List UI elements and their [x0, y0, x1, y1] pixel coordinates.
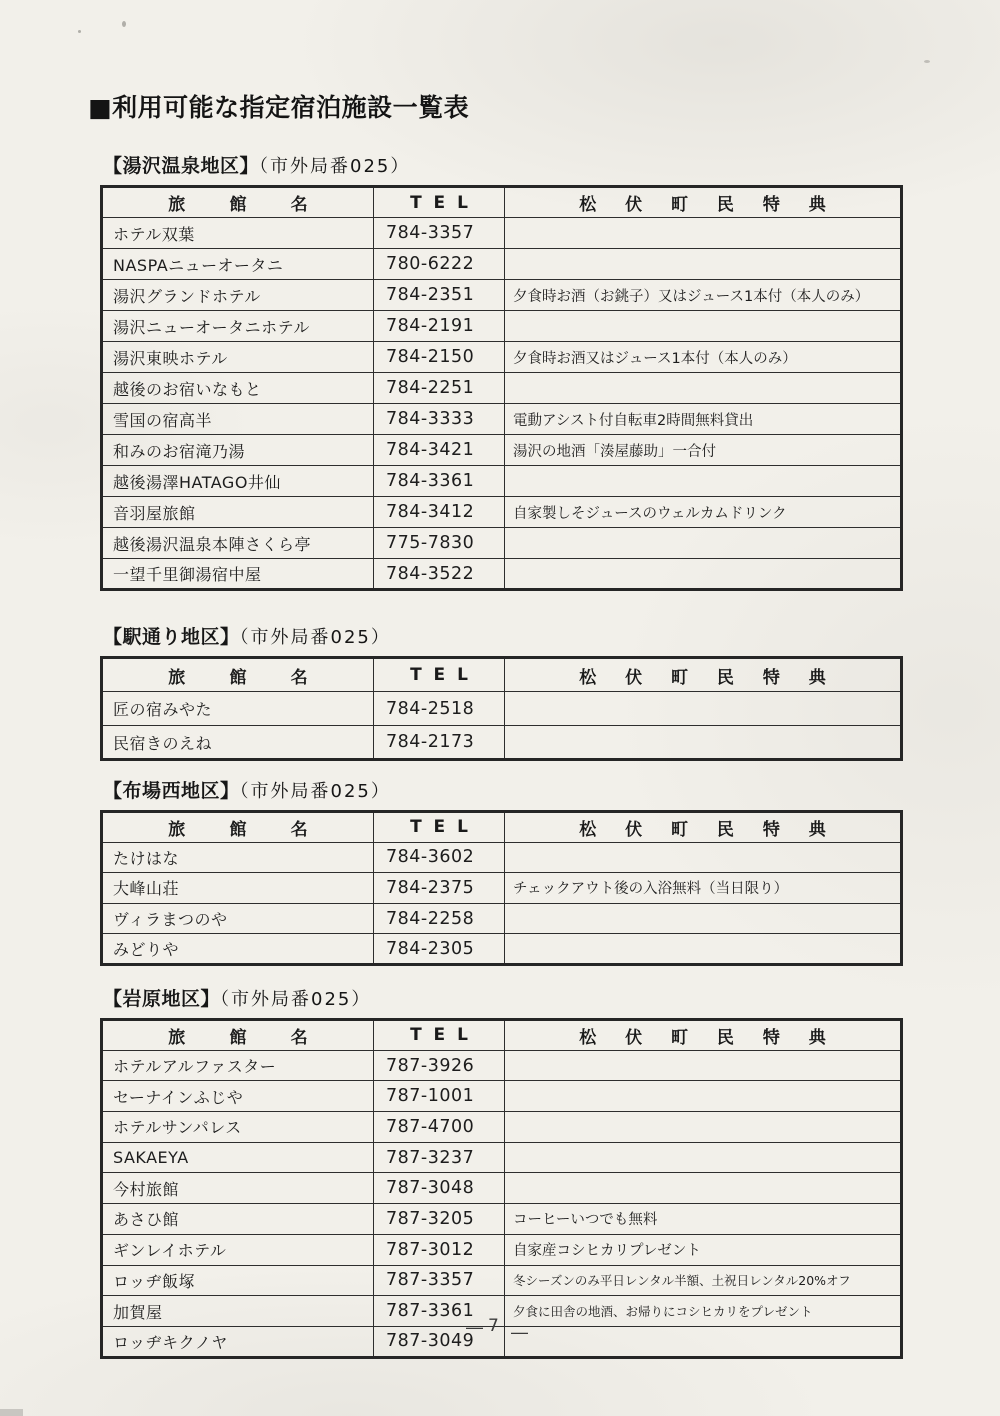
tel-cell: 787-3048	[374, 1173, 505, 1204]
ryokan-name-cell: 一望千里御湯宿中屋	[102, 559, 374, 590]
ryokan-name-cell: 匠の宿みやた	[102, 692, 374, 726]
scan-speck	[924, 60, 930, 63]
col-header-benefit: 松伏町民特典	[505, 1020, 902, 1051]
col-header-ryokan-name: 旅館名	[102, 1020, 374, 1051]
ryokan-name-cell: ロッヂキクノヤ	[102, 1326, 374, 1357]
tel-cell: 784-2258	[374, 903, 505, 934]
lodging-table-nunobanishi: 旅館名 TEL 松伏町民特典 たけはな784-3602 大峰山荘784-2375…	[100, 810, 903, 966]
ryokan-name-cell: 越後湯沢温泉本陣さくら亭	[102, 528, 374, 559]
ryokan-name-cell: 湯沢東映ホテル	[102, 342, 374, 373]
ryokan-name-cell: 加賀屋	[102, 1296, 374, 1327]
table-row: 湯沢ニューオータニホテル784-2191	[102, 311, 902, 342]
tel-cell: 784-2191	[374, 311, 505, 342]
page-number-dash-left: ―	[466, 1320, 483, 1337]
benefit-cell: 冬シーズンのみ平日レンタル半額、土祝日レンタル20%オフ	[505, 1265, 902, 1296]
section-area-code: （市外局番025）	[259, 156, 410, 177]
tel-cell: 784-2173	[374, 726, 505, 760]
col-header-tel-label: TEL	[410, 665, 480, 685]
benefit-cell: 夕食時お酒（お銚子）又はジュース1本付（本人のみ）	[505, 280, 902, 311]
col-header-benefit-label: 松伏町民特典	[579, 195, 854, 215]
table-row: みどりや784-2305	[102, 934, 902, 965]
table-header-row: 旅館名 TEL 松伏町民特典	[102, 658, 902, 692]
scan-edge-shadow	[0, 1409, 23, 1416]
col-header-ryokan-name: 旅館名	[102, 187, 374, 218]
benefit-cell: 夕食時お酒又はジュース1本付（本人のみ）	[505, 342, 902, 373]
tel-cell: 784-2305	[374, 934, 505, 965]
tel-cell: 787-3237	[374, 1142, 505, 1173]
benefit-cell	[505, 1173, 902, 1204]
benefit-cell	[505, 218, 902, 249]
col-header-benefit-label: 松伏町民特典	[579, 820, 854, 840]
table-row: 今村旅館787-3048	[102, 1173, 902, 1204]
benefit-cell	[505, 559, 902, 590]
benefit-cell	[505, 903, 902, 934]
tel-cell: 784-2518	[374, 692, 505, 726]
table-row: ホテルサンパレス787-4700	[102, 1112, 902, 1143]
table-row: 一望千里御湯宿中屋784-3522	[102, 559, 902, 590]
tel-cell: 787-3012	[374, 1234, 505, 1265]
table-header-row: 旅館名 TEL 松伏町民特典	[102, 1020, 902, 1051]
ryokan-name-cell: 越後湯澤HATAGO井仙	[102, 466, 374, 497]
tel-cell: 784-3421	[374, 435, 505, 466]
tel-cell: 784-3412	[374, 497, 505, 528]
section-heading: 【湯沢温泉地区】（市外局番025）	[103, 155, 1000, 178]
benefit-cell	[505, 373, 902, 404]
table-row: 越後湯澤HATAGO井仙784-3361	[102, 466, 902, 497]
table-row: セーナインふじや787-1001	[102, 1081, 902, 1112]
benefit-cell	[505, 692, 902, 726]
ryokan-name-cell: ロッヂ飯塚	[102, 1265, 374, 1296]
tel-cell: 784-3333	[374, 404, 505, 435]
benefit-cell: チェックアウト後の入浴無料（当日限り）	[505, 873, 902, 904]
tel-cell: 780-6222	[374, 249, 505, 280]
table-row: 民宿きのえね784-2173	[102, 726, 902, 760]
col-header-tel-label: TEL	[410, 1025, 480, 1045]
table-row: 湯沢グランドホテル784-2351夕食時お酒（お銚子）又はジュース1本付（本人の…	[102, 280, 902, 311]
tel-cell: 784-3522	[374, 559, 505, 590]
tel-cell: 787-4700	[374, 1112, 505, 1143]
section-name: 【布場西地区】	[103, 780, 240, 802]
tel-cell: 784-2150	[374, 342, 505, 373]
page-number-dash-right: ―	[511, 1325, 528, 1342]
benefit-cell: 夕食に田舎の地酒、お帰りにコシヒカリをプレゼント	[505, 1296, 902, 1327]
table-row: 加賀屋787-3361夕食に田舎の地酒、お帰りにコシヒカリをプレゼント	[102, 1296, 902, 1327]
table-row: ヴィラまつのや784-2258	[102, 903, 902, 934]
table-row: ホテル双葉784-3357	[102, 218, 902, 249]
tel-cell: 787-3357	[374, 1265, 505, 1296]
ryokan-name-cell: ホテルサンパレス	[102, 1112, 374, 1143]
col-header-ryokan-name-label: 旅館名	[168, 668, 352, 688]
ryokan-name-cell: 湯沢ニューオータニホテル	[102, 311, 374, 342]
table-row: 越後湯沢温泉本陣さくら亭775-7830	[102, 528, 902, 559]
section-heading: 【岩原地区】（市外局番025）	[103, 988, 1000, 1011]
scan-speck	[78, 30, 81, 33]
lodging-table-yuzawa-onsen: 旅館名 TEL 松伏町民特典 ホテル双葉784-3357 NASPAニューオータ…	[100, 185, 903, 591]
tel-cell: 787-3361	[374, 1296, 505, 1327]
page-title: ■利用可能な指定宿泊施設一覧表	[88, 88, 469, 124]
table-row: ギンレイホテル787-3012自家産コシヒカリプレゼント	[102, 1234, 902, 1265]
benefit-cell	[505, 528, 902, 559]
lodging-table-ekidori: 旅館名 TEL 松伏町民特典 匠の宿みやた784-2518 民宿きのえね784-…	[100, 656, 903, 761]
table-row: 和みのお宿滝乃湯784-3421湯沢の地酒「湊屋藤助」一合付	[102, 435, 902, 466]
section-area-code: （市外局番025）	[240, 781, 391, 802]
ryokan-name-cell: SAKAEYA	[102, 1142, 374, 1173]
col-header-ryokan-name: 旅館名	[102, 658, 374, 692]
table-row: NASPAニューオータニ780-6222	[102, 249, 902, 280]
tel-cell: 787-3926	[374, 1050, 505, 1081]
col-header-benefit: 松伏町民特典	[505, 812, 902, 843]
benefit-cell	[505, 311, 902, 342]
col-header-ryokan-name-label: 旅館名	[168, 1028, 352, 1048]
col-header-ryokan-name-label: 旅館名	[168, 195, 352, 215]
ryokan-name-cell: 和みのお宿滝乃湯	[102, 435, 374, 466]
table-row: 雪国の宿高半784-3333電動アシスト付自転車2時間無料貸出	[102, 404, 902, 435]
tel-cell: 787-3049	[374, 1326, 505, 1357]
table-header-row: 旅館名 TEL 松伏町民特典	[102, 812, 902, 843]
section-heading: 【布場西地区】（市外局番025）	[103, 780, 1000, 803]
col-header-ryokan-name-label: 旅館名	[168, 820, 352, 840]
section-iwappara: 【岩原地区】（市外局番025） 旅館名 TEL 松伏町民特典 ホテルアルファスタ…	[0, 988, 1000, 1359]
section-area-code: （市外局番025）	[240, 627, 391, 648]
benefit-cell: 自家産コシヒカリプレゼント	[505, 1234, 902, 1265]
section-name: 【湯沢温泉地区】	[103, 155, 259, 177]
tel-cell: 787-1001	[374, 1081, 505, 1112]
page-number: 7	[488, 1318, 499, 1335]
scanned-page: ■利用可能な指定宿泊施設一覧表 【湯沢温泉地区】（市外局番025） 旅館名 TE…	[0, 0, 1000, 1416]
benefit-cell	[505, 1050, 902, 1081]
table-row: 音羽屋旅館784-3412自家製しそジュースのウェルカムドリンク	[102, 497, 902, 528]
benefit-cell	[505, 1112, 902, 1143]
benefit-cell	[505, 934, 902, 965]
table-row: 越後のお宿いなもと784-2251	[102, 373, 902, 404]
ryokan-name-cell: 音羽屋旅館	[102, 497, 374, 528]
table-row: たけはな784-3602	[102, 842, 902, 873]
section-heading: 【駅通り地区】（市外局番025）	[103, 626, 1000, 649]
ryokan-name-cell: 湯沢グランドホテル	[102, 280, 374, 311]
benefit-cell: 電動アシスト付自転車2時間無料貸出	[505, 404, 902, 435]
ryokan-name-cell: 大峰山荘	[102, 873, 374, 904]
ryokan-name-cell: 越後のお宿いなもと	[102, 373, 374, 404]
tel-cell: 784-3602	[374, 842, 505, 873]
tel-cell: 784-3361	[374, 466, 505, 497]
col-header-tel: TEL	[374, 187, 505, 218]
ryokan-name-cell: たけはな	[102, 842, 374, 873]
table-row: ロッヂキクノヤ787-3049	[102, 1326, 902, 1357]
table-row: 大峰山荘784-2375チェックアウト後の入浴無料（当日限り）	[102, 873, 902, 904]
section-ekidori: 【駅通り地区】（市外局番025） 旅館名 TEL 松伏町民特典 匠の宿みやた78…	[0, 626, 1000, 761]
lodging-table-iwappara: 旅館名 TEL 松伏町民特典 ホテルアルファスター787-3926 セーナインふ…	[100, 1018, 903, 1359]
benefit-cell: コーヒーいつでも無料	[505, 1204, 902, 1235]
tel-cell: 775-7830	[374, 528, 505, 559]
col-header-ryokan-name: 旅館名	[102, 812, 374, 843]
benefit-cell	[505, 842, 902, 873]
ryokan-name-cell: みどりや	[102, 934, 374, 965]
scan-speck	[122, 21, 126, 27]
table-row: SAKAEYA787-3237	[102, 1142, 902, 1173]
ryokan-name-cell: 民宿きのえね	[102, 726, 374, 760]
table-row: 湯沢東映ホテル784-2150夕食時お酒又はジュース1本付（本人のみ）	[102, 342, 902, 373]
ryokan-name-cell: ホテル双葉	[102, 218, 374, 249]
section-nunobanishi: 【布場西地区】（市外局番025） 旅館名 TEL 松伏町民特典 たけはな784-…	[0, 780, 1000, 966]
col-header-benefit-label: 松伏町民特典	[579, 1028, 854, 1048]
col-header-tel-label: TEL	[410, 193, 480, 213]
ryokan-name-cell: 今村旅館	[102, 1173, 374, 1204]
ryokan-name-cell: あさひ館	[102, 1204, 374, 1235]
ryokan-name-cell: ヴィラまつのや	[102, 903, 374, 934]
section-area-code: （市外局番025）	[220, 989, 371, 1010]
col-header-benefit: 松伏町民特典	[505, 658, 902, 692]
ryokan-name-cell: NASPAニューオータニ	[102, 249, 374, 280]
tel-cell: 784-2251	[374, 373, 505, 404]
ryokan-name-cell: ギンレイホテル	[102, 1234, 374, 1265]
table-row: 匠の宿みやた784-2518	[102, 692, 902, 726]
section-name: 【駅通り地区】	[103, 626, 240, 648]
tel-cell: 784-2375	[374, 873, 505, 904]
table-row: ホテルアルファスター787-3926	[102, 1050, 902, 1081]
benefit-cell	[505, 1326, 902, 1357]
col-header-tel: TEL	[374, 1020, 505, 1051]
ryokan-name-cell: セーナインふじや	[102, 1081, 374, 1112]
benefit-cell: 湯沢の地酒「湊屋藤助」一合付	[505, 435, 902, 466]
benefit-cell	[505, 1142, 902, 1173]
benefit-cell	[505, 466, 902, 497]
tel-cell: 784-2351	[374, 280, 505, 311]
table-header-row: 旅館名 TEL 松伏町民特典	[102, 187, 902, 218]
col-header-tel: TEL	[374, 812, 505, 843]
table-row: あさひ館787-3205コーヒーいつでも無料	[102, 1204, 902, 1235]
benefit-cell	[505, 249, 902, 280]
section-yuzawa-onsen: 【湯沢温泉地区】（市外局番025） 旅館名 TEL 松伏町民特典 ホテル双葉78…	[0, 155, 1000, 591]
tel-cell: 784-3357	[374, 218, 505, 249]
col-header-benefit: 松伏町民特典	[505, 187, 902, 218]
col-header-tel-label: TEL	[410, 817, 480, 837]
table-row: ロッヂ飯塚787-3357冬シーズンのみ平日レンタル半額、土祝日レンタル20%オ…	[102, 1265, 902, 1296]
benefit-cell	[505, 726, 902, 760]
col-header-benefit-label: 松伏町民特典	[579, 668, 854, 688]
tel-cell: 787-3205	[374, 1204, 505, 1235]
section-name: 【岩原地区】	[103, 988, 220, 1010]
benefit-cell	[505, 1081, 902, 1112]
benefit-cell: 自家製しそジュースのウェルカムドリンク	[505, 497, 902, 528]
ryokan-name-cell: ホテルアルファスター	[102, 1050, 374, 1081]
col-header-tel: TEL	[374, 658, 505, 692]
ryokan-name-cell: 雪国の宿高半	[102, 404, 374, 435]
